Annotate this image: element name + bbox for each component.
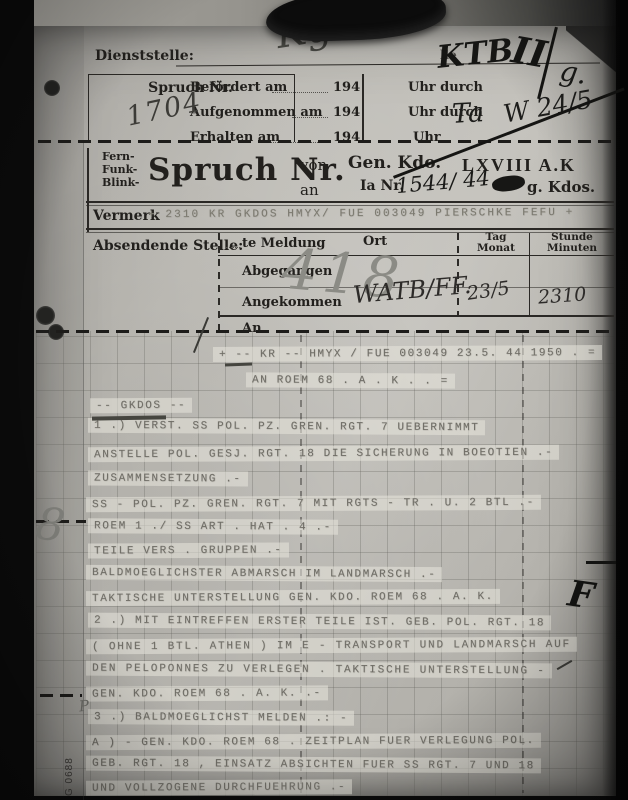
typed-line-18: GEB. RGT. 18 , EINSATZ ABSICHTEN FUER SS… (86, 756, 541, 774)
dashed-separator-2 (36, 330, 614, 333)
typed-line-16: 3 .) BALDMOEGLICHST MELDEN .: - (88, 709, 354, 726)
typed-line-6: ZUSAMMENSETZUNG .- (88, 471, 248, 487)
rule-double-c (86, 228, 614, 230)
typed-line-15: GEN. KDO. ROEM 68 . A. K. .- (86, 685, 328, 701)
rule-double-b (86, 205, 614, 206)
punch-hole (44, 80, 60, 96)
an-row-label: An (242, 321, 262, 336)
right-margin-dash (586, 561, 616, 564)
margin-p-note: P (78, 697, 90, 716)
typed-line-13: ( OHNE 1 BTL. ATHEN ) IM E - TRANSPORT U… (86, 637, 577, 655)
dashed-separator-1 (38, 140, 614, 143)
von-label: von (300, 156, 327, 174)
typed-line-11: TAKTISCHE UNTERSTELLUNG GEN. KDO. ROEM 6… (86, 589, 500, 606)
dotted-leader (292, 117, 328, 118)
stunde-entry-handwritten: 2310 (537, 283, 587, 308)
uhr-durch-1: Uhr durch (408, 80, 483, 95)
typed-line-2: AN ROEM 68 . A . K . . = (246, 372, 455, 388)
dienststelle-label: Dienststelle: (95, 48, 194, 64)
table-rule-1 (218, 255, 614, 256)
dotted-leader (226, 247, 240, 248)
typed-line-8: ROEM 1 ./ SS ART . HAT . 4 .- (88, 518, 338, 535)
margin-dash-stub-2 (40, 694, 82, 697)
minuten-header: Minuten (540, 242, 604, 254)
vermerk-typed-line: + 2310 KR GKDOS HMYX/ FUE 003049 PIERSCH… (148, 207, 574, 221)
absender-label: Absendende Stelle: (93, 238, 243, 254)
column-divider (362, 74, 364, 142)
typed-line-19: UND VOLLZOGENE DURCHFUEHRUNG .- (86, 779, 352, 795)
grid-accent-line (522, 335, 524, 793)
mode-funk: Funk- (102, 163, 137, 176)
typed-line-7: SS - POL. PZ. GREN. RGT. 7 MIT RGTS - TR… (86, 495, 541, 512)
typed-line-3: -- GKDOS -- (90, 398, 192, 414)
year-2: 194 (333, 105, 360, 120)
table-divider-stunde (529, 233, 530, 316)
photo-frame: Dienststelle: lle Spruch Nr. 1704 Beförd… (0, 0, 628, 800)
typed-line-14: DEN PELOPONNES ZU VERLEGEN . TAKTISCHE U… (86, 661, 552, 679)
ta-note: Ta (451, 97, 485, 130)
stamp-code-vertical: G 0688 (64, 742, 75, 796)
dotted-leader (272, 92, 328, 93)
typed-line-17: A ) - GEN. KDO. ROEM 68 . ZEITPLAN FUER … (86, 733, 541, 750)
rule-double-d (86, 232, 614, 233)
monat-header: Monat (468, 242, 524, 254)
typed-line-4: 1 .) VERST. SS POL. PZ. GREN. RGT. 7 UEB… (88, 418, 486, 435)
year-1: 194 (333, 80, 360, 95)
an-label: an (300, 181, 319, 199)
typed-line-1: + -- KR -- HMYX / FUE 003049 23.5. 44 19… (213, 345, 602, 362)
typed-line-9: TEILE VERS . GRUPPEN .- (88, 542, 289, 558)
typed-line-5: ANSTELLE POL. GESJ. RGT. 18 DIE SICHERUN… (88, 445, 559, 462)
gkdos-label: g. Kdos. (527, 178, 595, 196)
section-left-border (87, 148, 89, 232)
typed-line-10: BALDMOEGLICHSTER ABMARSCH IM LANDMARSCH … (86, 565, 443, 582)
photo-right-shadow (602, 0, 628, 800)
rule-double-a (86, 201, 614, 203)
punch-hole (36, 306, 55, 325)
table-rule-3 (218, 315, 614, 317)
f-mark-handwritten: F (565, 572, 596, 617)
typed-line-12: 2 .) MIT EINTREFFEN ERSTER TEILE IST. GE… (88, 613, 551, 631)
mode-blink: Blink- (102, 176, 139, 189)
mode-fern: Fern- (102, 150, 135, 163)
